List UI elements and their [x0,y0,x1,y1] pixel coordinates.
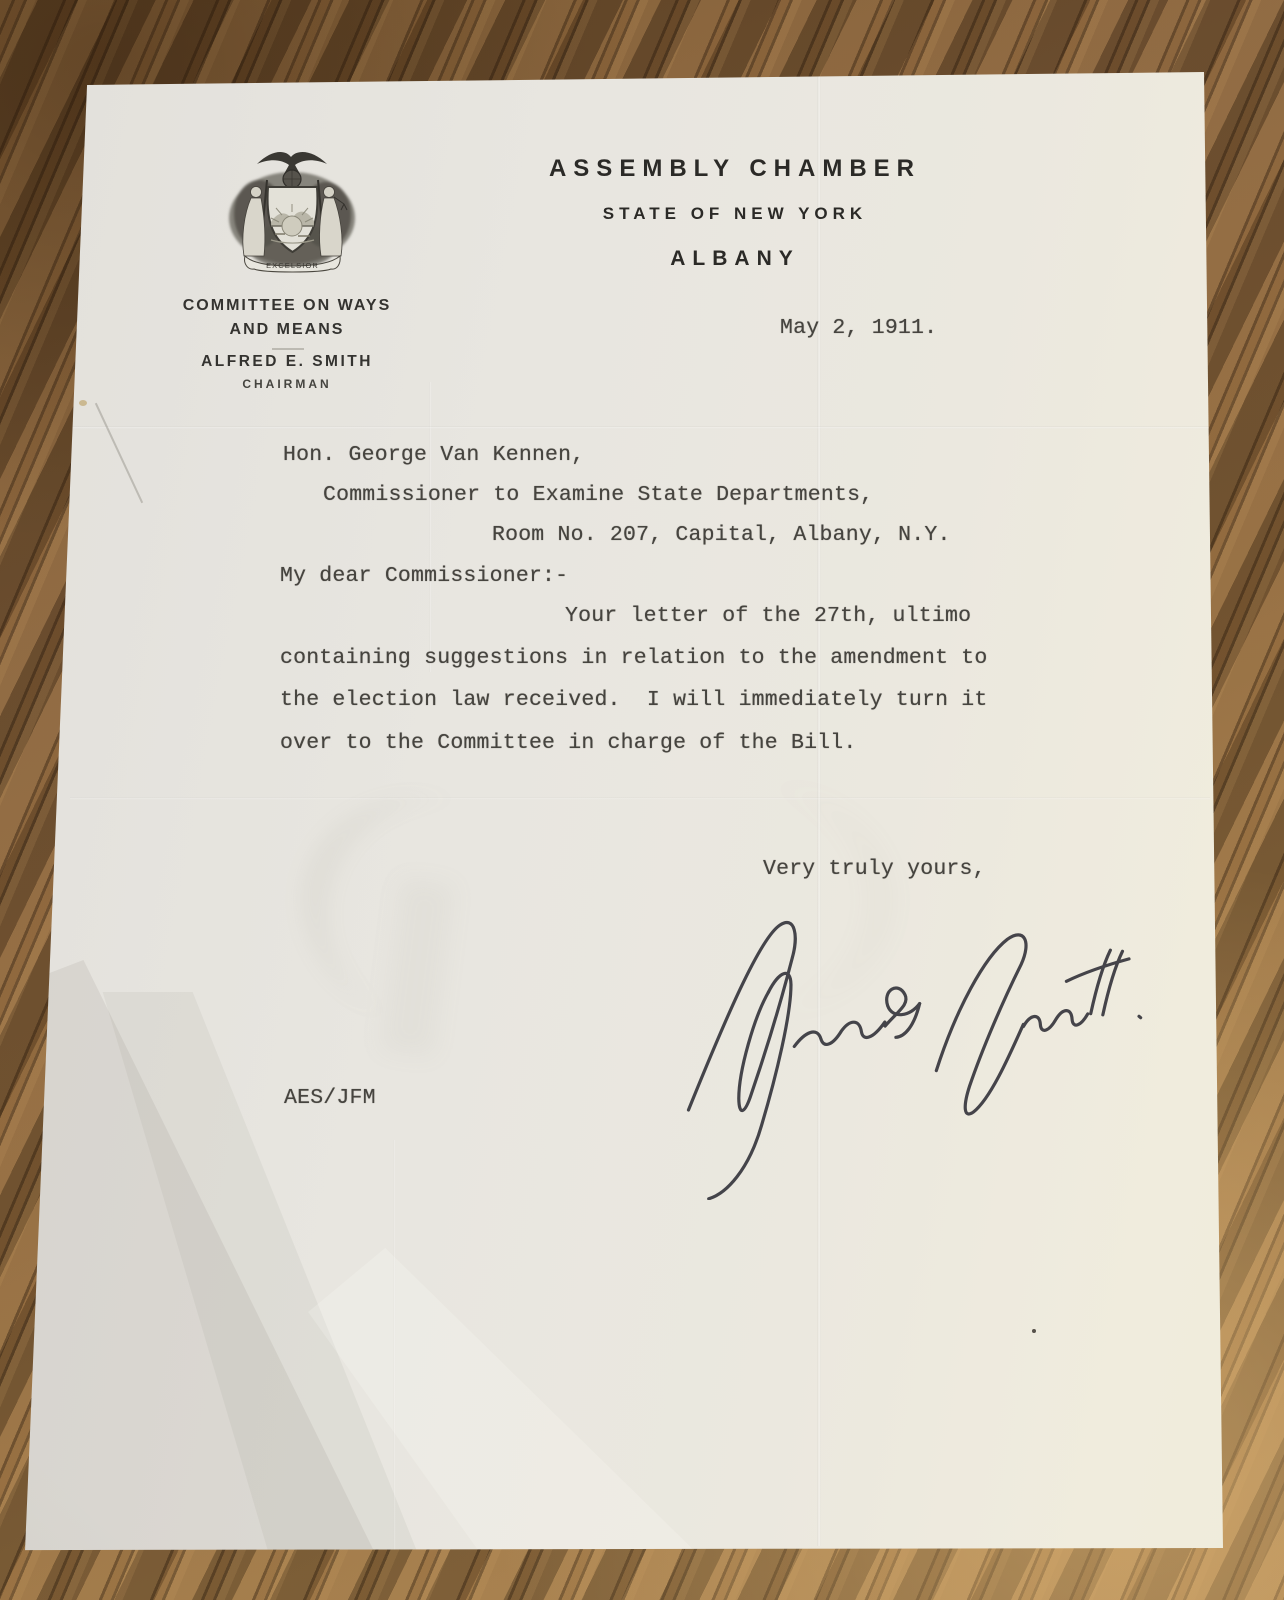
ink-showthrough [271,761,614,1068]
committee-divider [272,348,304,350]
body-line-2: containing suggestions in relation to th… [280,646,988,670]
reference-initials: AES/JFM [284,1086,376,1110]
body-line-4: over to the Committee in charge of the B… [280,731,857,755]
letterhead-city: ALBANY [470,247,1000,271]
letter-paper-sheet: EXCELSIOR ASSEMBLY CHAMBER STATE OF NEW … [0,0,1284,1600]
date-line: May 2, 1911. [780,316,937,340]
body-line-1: Your letter of the 27th, ultimo [565,604,971,628]
new-york-coat-of-arms-seal: EXCELSIOR [205,142,380,284]
recipient-title: Commissioner to Examine State Department… [323,483,873,507]
seal-rising-sun [282,216,302,236]
chairman-name: ALFRED E. SMITH [162,353,412,371]
fold-crease-horizontal-middle [70,797,1210,800]
ink-showthrough [380,877,456,1057]
fold-crease-vertical-right [817,76,821,1546]
salutation: My dear Commissioner:- [280,564,568,588]
seal-globe [283,170,301,188]
letterhead-state: STATE OF NEW YORK [470,204,1000,224]
fold-crease-horizontal-upper [66,426,1212,429]
paper-shadow-diagonal [0,0,1284,1600]
paper-shadow-bottom-left [0,0,1284,1600]
fold-crease-vertical-lower-left [393,1140,396,1552]
signature-alfred-e-smith [672,876,1158,1200]
body-line-3: the election law received. I will immedi… [280,688,988,712]
seal-motto: EXCELSIOR [266,261,319,270]
recipient-address: Room No. 207, Capital, Albany, N.Y. [492,523,951,547]
fold-crease-vertical-upper-left [429,382,432,672]
photo-of-letter: EXCELSIOR ASSEMBLY CHAMBER STATE OF NEW … [0,0,1284,1600]
paper-sheen [0,0,1284,1600]
ink-speck [1032,1329,1036,1333]
recipient-name: Hon. George Van Kennen, [283,443,584,467]
crease-scratch-mark [95,403,143,504]
chairman-title: CHAIRMAN [162,377,412,391]
foxing-spot [79,400,87,406]
committee-name-line1: COMMITTEE ON WAYS [162,297,412,315]
letterhead-office: ASSEMBLY CHAMBER [470,155,1000,183]
committee-name-line2: AND MEANS [162,321,412,339]
